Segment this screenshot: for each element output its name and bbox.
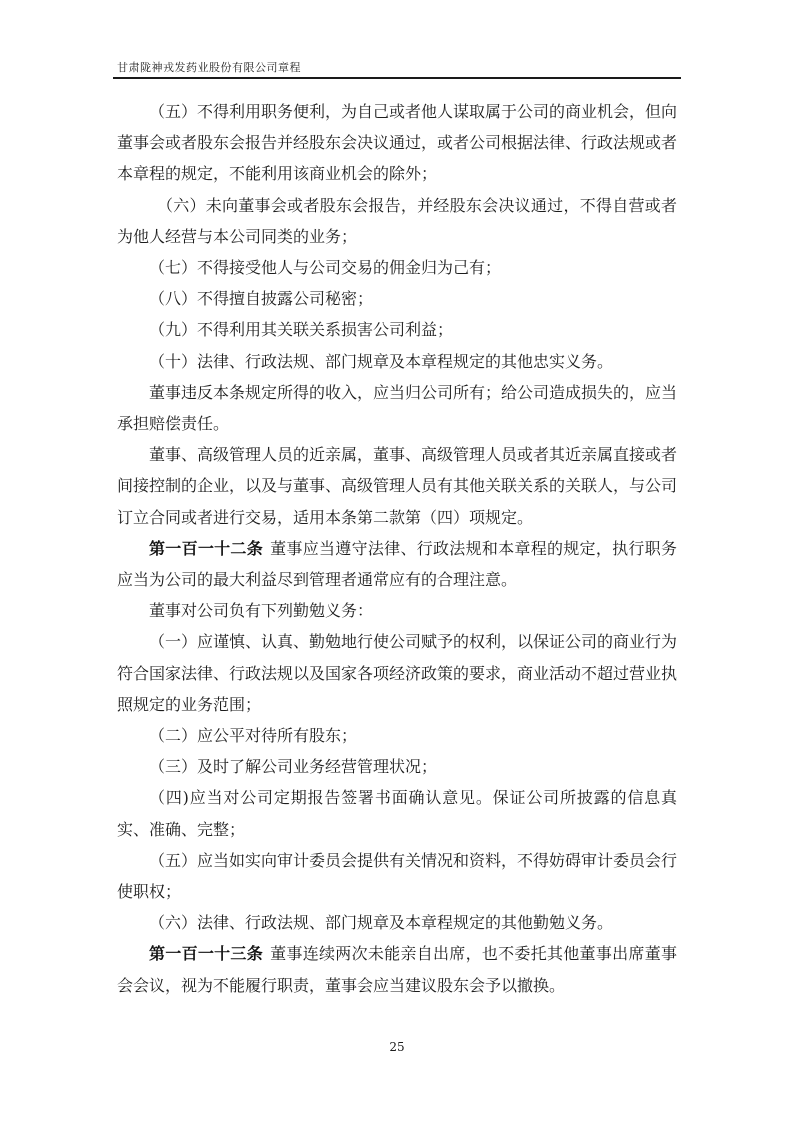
page-number: 25 bbox=[389, 1040, 404, 1054]
paragraph: （二）应公平对待所有股东； bbox=[117, 720, 677, 751]
paragraph: （五）不得利用职务便利，为自己或者他人谋取属于公司的商业机会，但向董事会或者股东… bbox=[117, 96, 677, 190]
header-title: 甘肃陇神戎发药业股份有限公司章程 bbox=[117, 61, 301, 74]
header-rule bbox=[113, 77, 681, 79]
paragraph: （五）应当如实向审计委员会提供有关情况和资料，不得妨碍审计委员会行使职权； bbox=[117, 845, 677, 907]
article-number: 第一百一十三条 bbox=[149, 944, 263, 963]
paragraph: 第一百一十二条董事应当遵守法律、行政法规和本章程的规定，执行职务应当为公司的最大… bbox=[117, 533, 677, 595]
page-header: 甘肃陇神戎发药业股份有限公司章程 bbox=[117, 56, 685, 75]
paragraph: （七）不得接受他人与公司交易的佣金归为己有； bbox=[117, 252, 677, 283]
document-body: （五）不得利用职务便利，为自己或者他人谋取属于公司的商业机会，但向董事会或者股东… bbox=[117, 96, 677, 1001]
paragraph: （十）法律、行政法规、部门规章及本章程规定的其他忠实义务。 bbox=[117, 346, 677, 377]
page-footer: 25 bbox=[0, 1036, 794, 1055]
paragraph: （六）未向董事会或者股东会报告，并经股东会决议通过，不得自营或者为他人经营与本公… bbox=[117, 190, 677, 252]
paragraph: （六）法律、行政法规、部门规章及本章程规定的其他勤勉义务。 bbox=[117, 907, 677, 938]
paragraph: （四)应当对公司定期报告签署书面确认意见。保证公司所披露的信息真实、准确、完整； bbox=[117, 782, 677, 844]
paragraph: （九）不得利用其关联关系损害公司利益； bbox=[117, 314, 677, 345]
paragraph: （一）应谨慎、认真、勤勉地行使公司赋予的权利，以保证公司的商业行为符合国家法律、… bbox=[117, 626, 677, 720]
document-page: 甘肃陇神戎发药业股份有限公司章程 （五）不得利用职务便利，为自己或者他人谋取属于… bbox=[0, 0, 794, 1122]
paragraph: 第一百一十三条董事连续两次未能亲自出席，也不委托其他董事出席董事会会议，视为不能… bbox=[117, 938, 677, 1000]
paragraph: 董事对公司负有下列勤勉义务： bbox=[117, 595, 677, 626]
paragraph: 董事、高级管理人员的近亲属，董事、高级管理人员或者其近亲属直接或者间接控制的企业… bbox=[117, 439, 677, 533]
paragraph: 董事违反本条规定所得的收入，应当归公司所有；给公司造成损失的，应当承担赔偿责任。 bbox=[117, 377, 677, 439]
paragraph: （三）及时了解公司业务经营管理状况； bbox=[117, 751, 677, 782]
paragraph: （八）不得擅自披露公司秘密； bbox=[117, 283, 677, 314]
article-number: 第一百一十二条 bbox=[149, 539, 263, 558]
